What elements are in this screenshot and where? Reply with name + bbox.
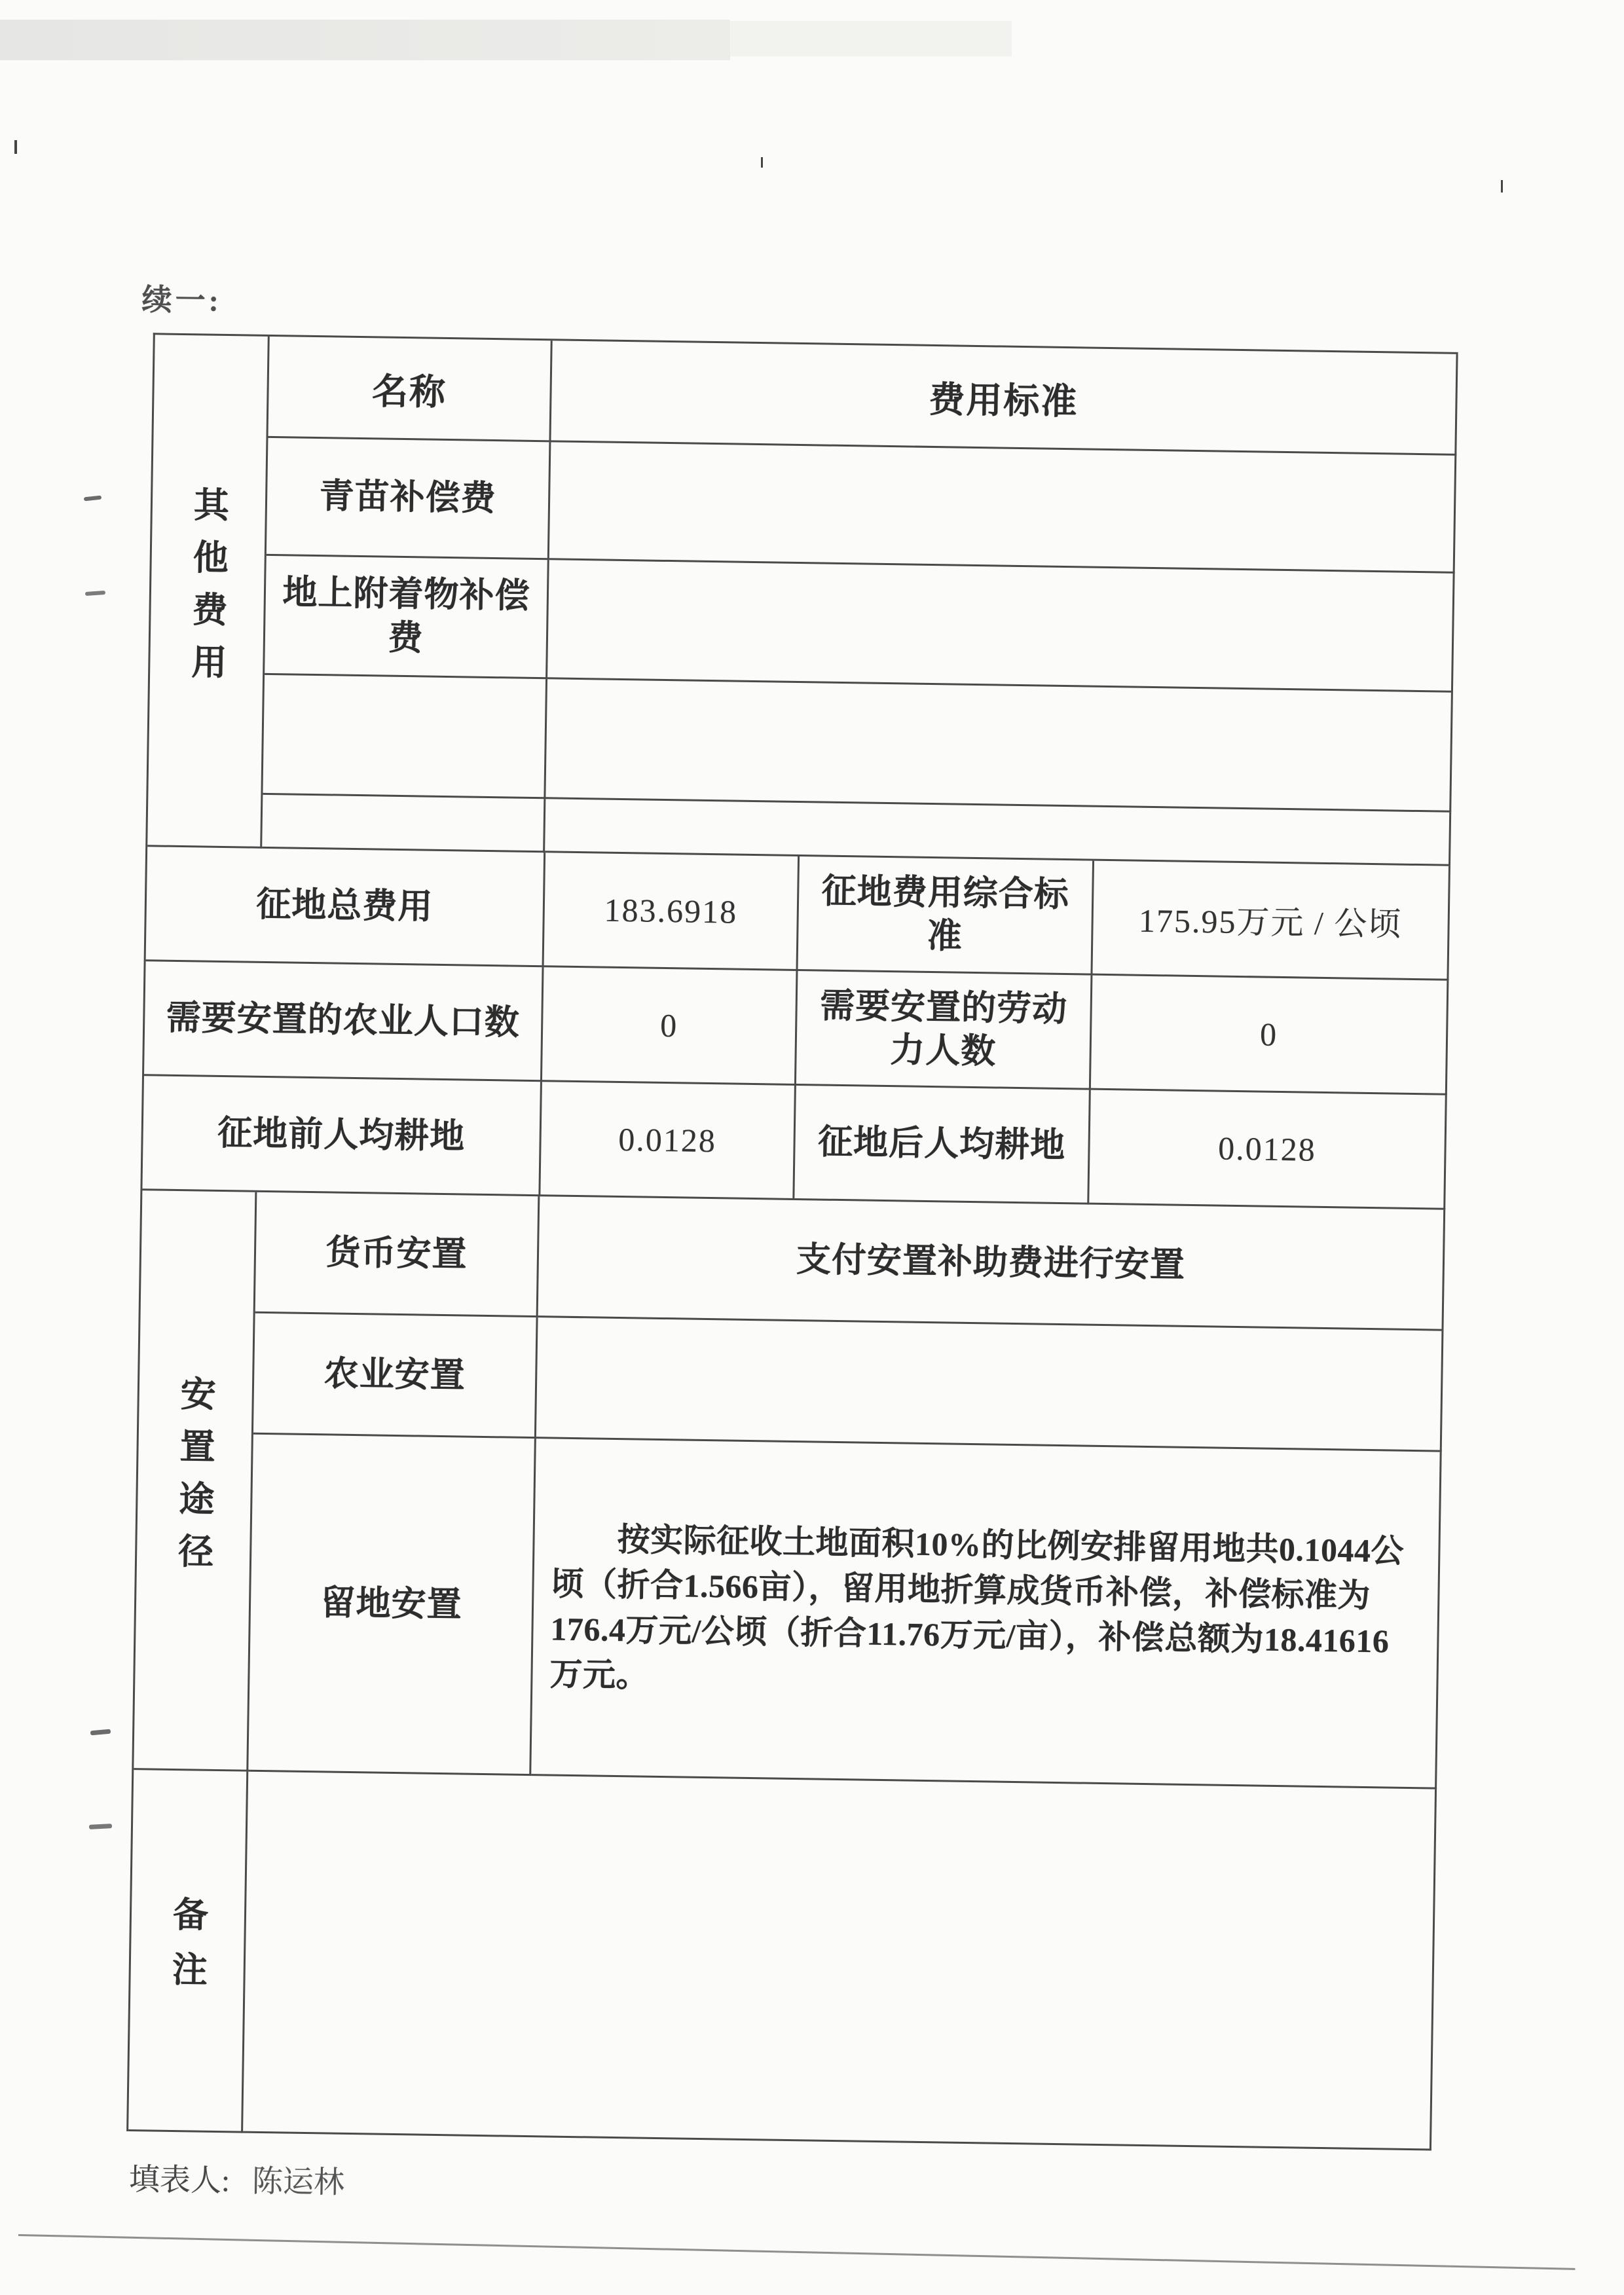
form-filler-line: 填表人:陈运林 — [129, 2155, 1431, 2218]
per-capita-before-value: 0.0128 — [540, 1082, 796, 1200]
header-standard-cell: 费用标准 — [551, 340, 1458, 455]
remarks-content — [243, 1772, 1437, 2151]
scan-margin-dash — [89, 1824, 112, 1829]
agricultural-resettlement-content — [536, 1317, 1444, 1452]
total-cost-label: 征地总费用 — [146, 847, 546, 967]
agri-population-value: 0 — [542, 967, 798, 1086]
comprehensive-standard-value: 175.95万元 / 公顷 — [1092, 861, 1450, 981]
resettlement-section-label-cell: 安置途径 — [134, 1190, 257, 1771]
per-capita-before-label: 征地前人均耕地 — [142, 1076, 542, 1196]
summary-section: 征地总费用 183.6918 征地费用综合标准 175.95万元 / 公顷 需要… — [142, 847, 1450, 1209]
form-filler-label: 填表人: — [129, 2163, 231, 2198]
total-cost-value: 183.6918 — [544, 853, 800, 971]
per-capita-after-label: 征地后人均耕地 — [794, 1086, 1091, 1205]
other-fees-section-label: 其他费用 — [181, 486, 234, 696]
scan-margin-dash — [90, 1729, 111, 1736]
monetary-resettlement-content: 支付安置补助费进行安置 — [538, 1196, 1446, 1331]
other-fees-section: 其他费用 名称 费用标准 青苗补偿费 地上附着物补偿费 — [147, 335, 1458, 866]
scan-tick-mark — [14, 140, 17, 154]
other-fees-section-label-cell: 其他费用 — [147, 335, 270, 849]
land-retention-label: 留地安置 — [248, 1435, 536, 1776]
remarks-label: 备注 — [161, 1895, 213, 2006]
scan-margin-dash — [84, 496, 101, 502]
fee-row-standard — [547, 560, 1455, 692]
form-filler-name: 陈运林 — [252, 2165, 345, 2200]
scan-bottom-edge-line — [18, 2234, 1575, 2270]
labor-force-label: 需要安置的劳动力人数 — [796, 971, 1093, 1090]
agricultural-resettlement-label: 农业安置 — [253, 1313, 538, 1439]
resettlement-section: 安置途径 货币安置 支付安置补助费进行安置 农业安置 留地安置 按实际征收土地面… — [134, 1190, 1445, 1789]
header-name-cell: 名称 — [268, 337, 552, 442]
per-capita-after-value: 0.0128 — [1089, 1090, 1447, 1210]
land-retention-content-cell: 按实际征收土地面积10%的比例安排留用地共0.1044公顷（折合1.566亩），… — [531, 1439, 1441, 1789]
fee-row-standard — [545, 679, 1453, 812]
resettlement-section-label: 安置途径 — [168, 1375, 221, 1585]
monetary-resettlement-label: 货币安置 — [255, 1192, 540, 1317]
fee-row-name — [263, 675, 547, 799]
document-content: 续一: 其他费用 名称 费用标准 青苗补偿费 地上附着物补偿费 征地总费用 18… — [113, 282, 1459, 2218]
scan-top-band — [0, 20, 730, 60]
land-retention-content: 按实际征收土地面积10%的比例安排留用地共0.1044公顷（折合1.566亩），… — [549, 1516, 1422, 1710]
scan-tick-mark — [761, 157, 763, 168]
labor-force-value: 0 — [1091, 976, 1449, 1095]
remarks-label-cell: 备注 — [128, 1770, 248, 2133]
comprehensive-standard-label: 征地费用综合标准 — [798, 856, 1094, 976]
land-compensation-table: 其他费用 名称 费用标准 青苗补偿费 地上附着物补偿费 征地总费用 183.69… — [126, 333, 1458, 2150]
fee-row-standard — [549, 442, 1457, 573]
agri-population-label: 需要安置的农业人口数 — [144, 961, 544, 1082]
remarks-section: 备注 — [128, 1770, 1437, 2150]
fee-row-name: 地上附着物补偿费 — [265, 556, 549, 679]
scan-top-band-faint — [730, 21, 1012, 56]
fee-row-name — [262, 795, 545, 853]
scan-tick-mark — [1501, 180, 1503, 193]
scan-margin-dash — [85, 591, 105, 596]
fee-row-name: 青苗补偿费 — [267, 438, 551, 560]
